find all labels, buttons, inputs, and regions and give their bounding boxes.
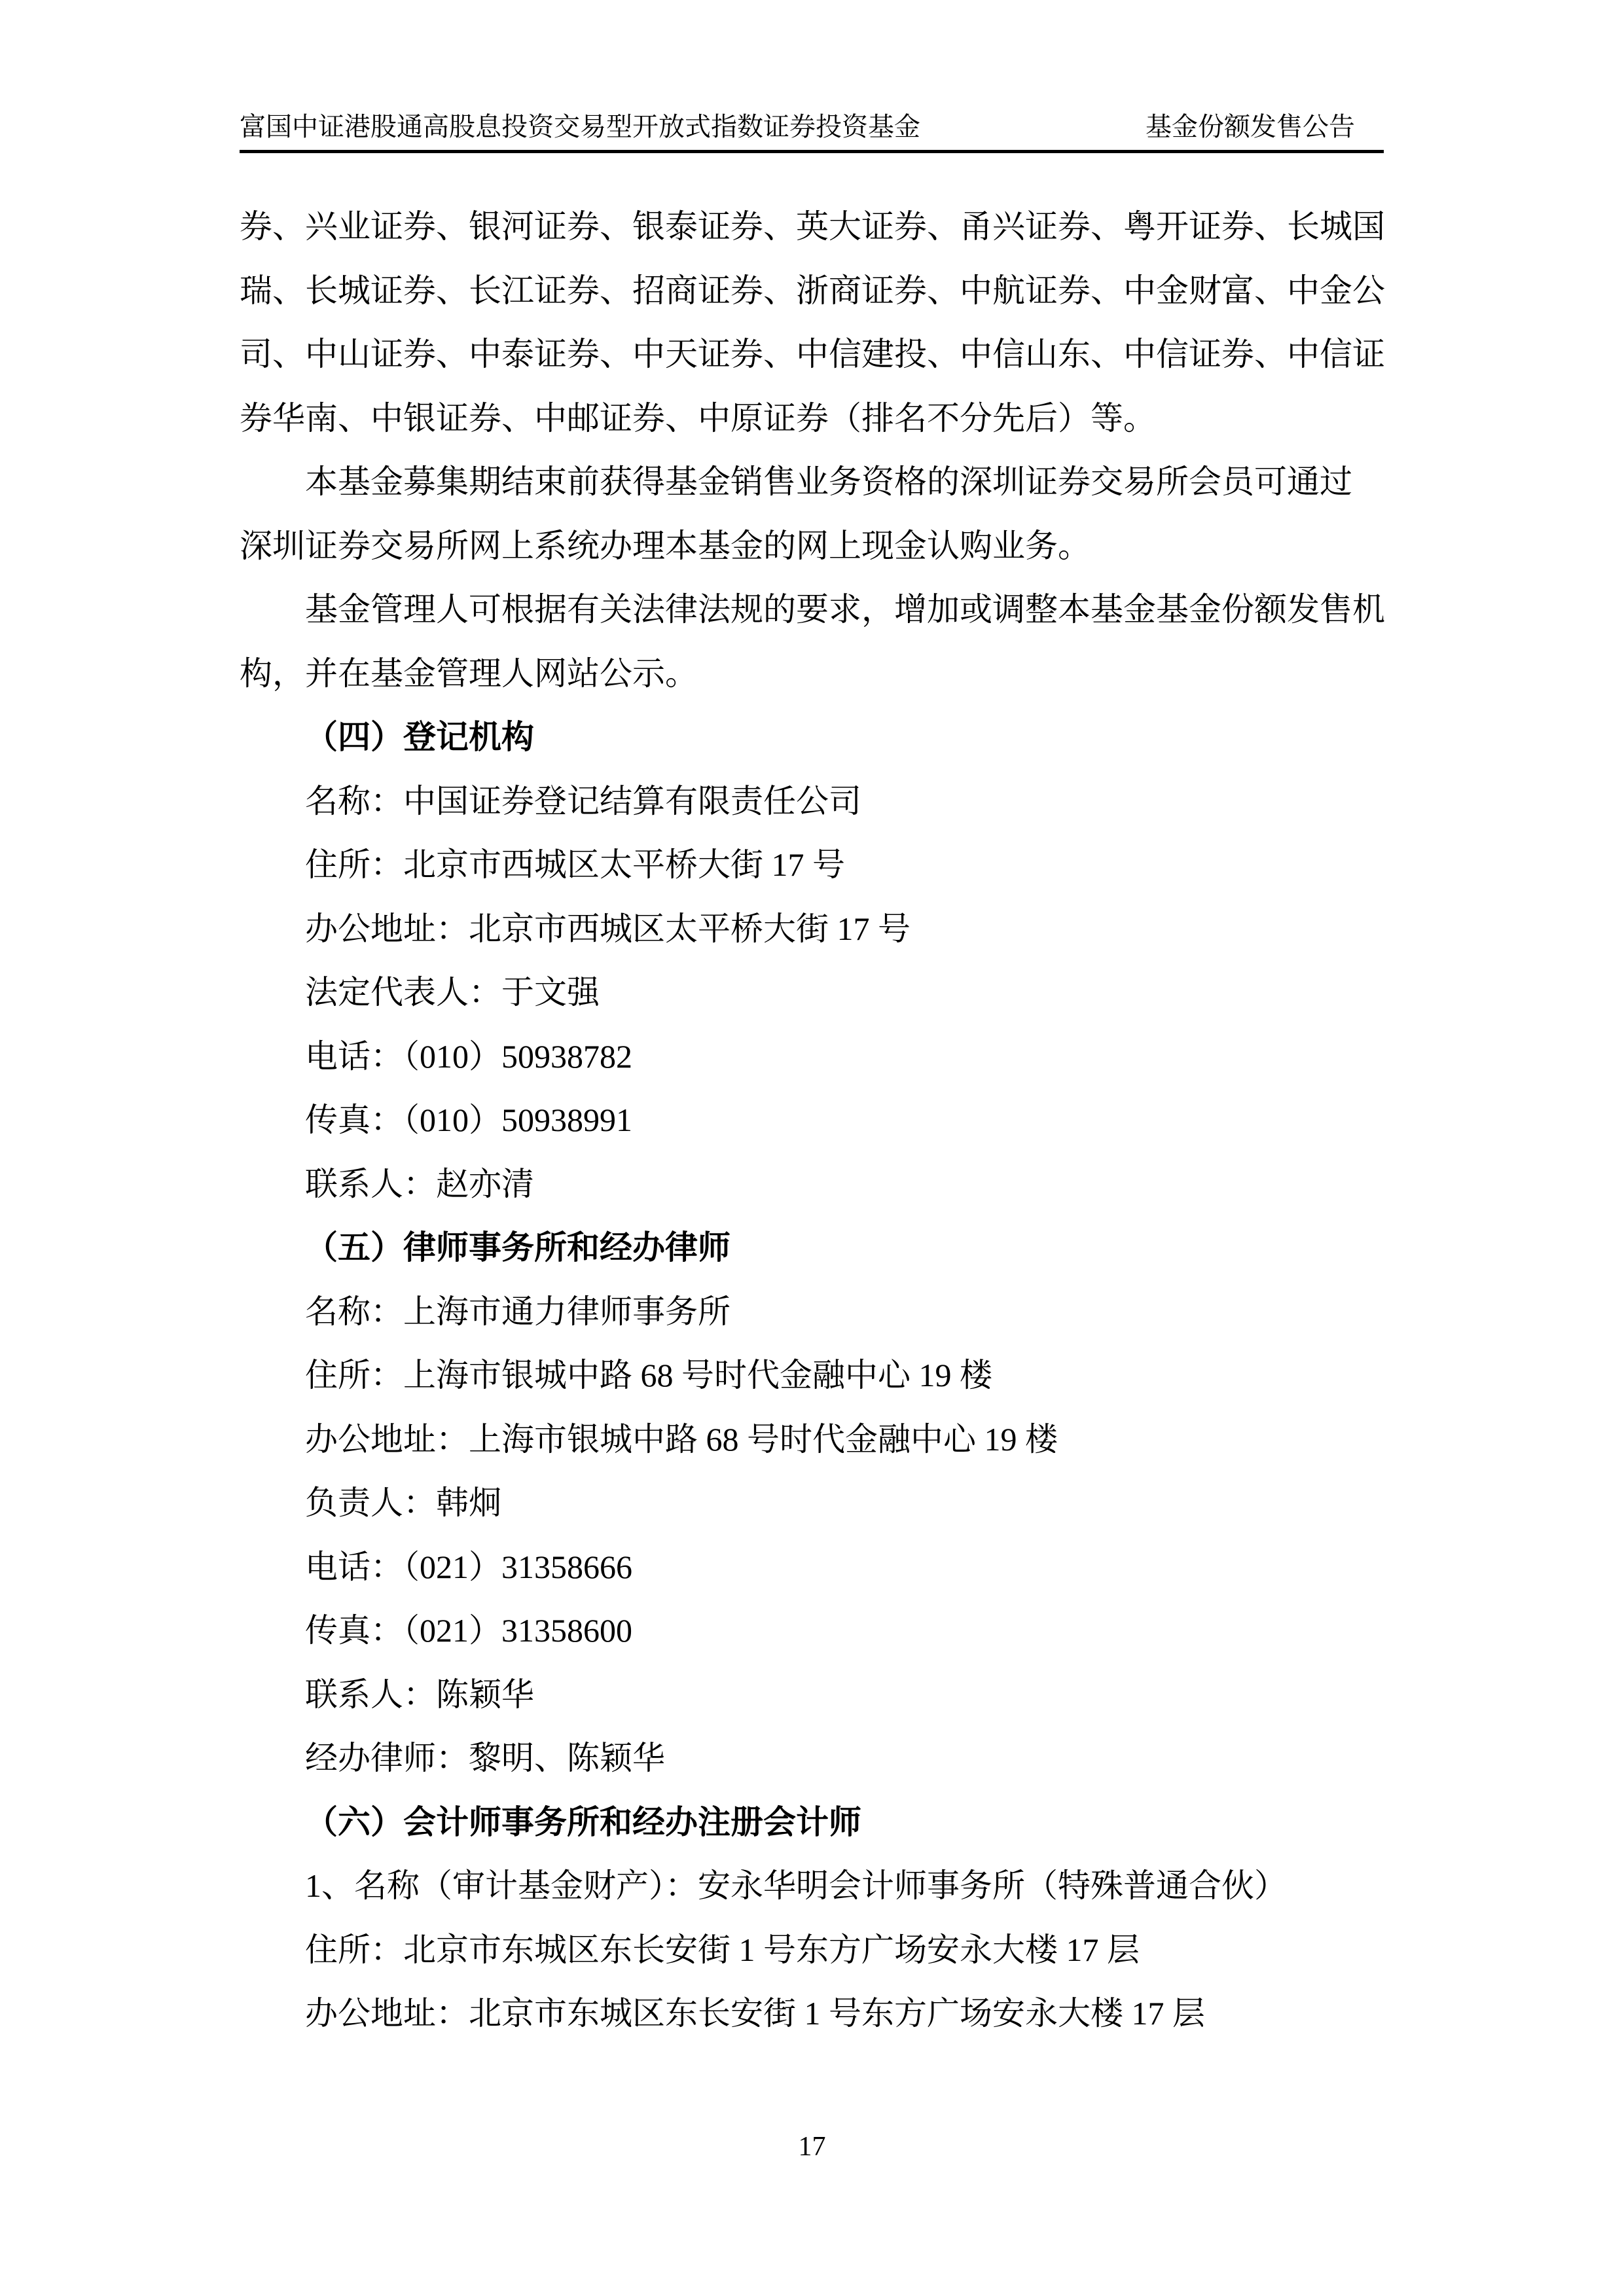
text-line: 联系人：陈颖华 xyxy=(240,1663,1385,1727)
text-line: 住所：北京市西城区太平桥大街 17 号 xyxy=(240,833,1385,897)
text-line: 经办律师：黎明、陈颖华 xyxy=(240,1727,1385,1791)
text-line: 构，并在基金管理人网站公示。 xyxy=(240,642,1385,706)
text-line: 本基金募集期结束前获得基金销售业务资格的深圳证券交易所会员可通过 xyxy=(240,450,1385,514)
text-line: 办公地址：北京市东城区东长安街 1 号东方广场安永大楼 17 层 xyxy=(240,1982,1385,2046)
text-line: 名称：上海市通力律师事务所 xyxy=(240,1280,1385,1344)
text-line: 法定代表人：于文强 xyxy=(240,961,1385,1025)
text-line: 券华南、中银证券、中邮证券、中原证券（排名不分先后）等。 xyxy=(240,387,1385,451)
text-line: 瑞、长城证券、长江证券、招商证券、浙商证券、中航证券、中金财富、中金公 xyxy=(240,259,1385,323)
text-line: 名称：中国证券登记结算有限责任公司 xyxy=(240,770,1385,834)
text-line: 办公地址：北京市西城区太平桥大街 17 号 xyxy=(240,897,1385,961)
text-line: 负责人：韩炯 xyxy=(240,1471,1385,1535)
text-line: 券、兴业证券、银河证券、银泰证券、英大证券、甬兴证券、粤开证券、长城国 xyxy=(240,195,1385,259)
header-fund-name: 富国中证港股通高股息投资交易型开放式指数证券投资基金 xyxy=(240,111,920,143)
text-line: （四）登记机构 xyxy=(240,706,1385,770)
text-line: 传真：（010）50938991 xyxy=(240,1088,1385,1153)
text-line: 住所：北京市东城区东长安街 1 号东方广场安永大楼 17 层 xyxy=(240,1918,1385,1982)
text-line: 住所：上海市银城中路 68 号时代金融中心 19 楼 xyxy=(240,1344,1385,1408)
text-line: 传真：（021）31358600 xyxy=(240,1599,1385,1663)
text-line: （五）律师事务所和经办律师 xyxy=(240,1216,1385,1280)
page-number: 17 xyxy=(799,2132,826,2162)
text-line: 基金管理人可根据有关法律法规的要求，增加或调整本基金基金份额发售机 xyxy=(240,578,1385,642)
text-line: 电话：（021）31358666 xyxy=(240,1535,1385,1600)
text-line: 1、名称（审计基金财产）：安永华明会计师事务所（特殊普通合伙） xyxy=(240,1854,1385,1918)
document-body: 券、兴业证券、银河证券、银泰证券、英大证券、甬兴证券、粤开证券、长城国瑞、长城证… xyxy=(240,195,1385,2046)
text-line: 司、中山证券、中泰证券、中天证券、中信建投、中信山东、中信证券、中信证 xyxy=(240,323,1385,387)
header-doc-title: 基金份额发售公告 xyxy=(1146,111,1384,143)
page-header: 富国中证港股通高股息投资交易型开放式指数证券投资基金 基金份额发售公告 xyxy=(240,111,1384,153)
text-line: （六）会计师事务所和经办注册会计师 xyxy=(240,1791,1385,1855)
text-line: 办公地址：上海市银城中路 68 号时代金融中心 19 楼 xyxy=(240,1408,1385,1472)
page-footer: 17 xyxy=(0,2128,1624,2165)
text-line: 电话：（010）50938782 xyxy=(240,1025,1385,1089)
document-page: 富国中证港股通高股息投资交易型开放式指数证券投资基金 基金份额发售公告 券、兴业… xyxy=(0,0,1624,2296)
text-line: 深圳证券交易所网上系统办理本基金的网上现金认购业务。 xyxy=(240,514,1385,579)
text-line: 联系人：赵亦清 xyxy=(240,1153,1385,1217)
